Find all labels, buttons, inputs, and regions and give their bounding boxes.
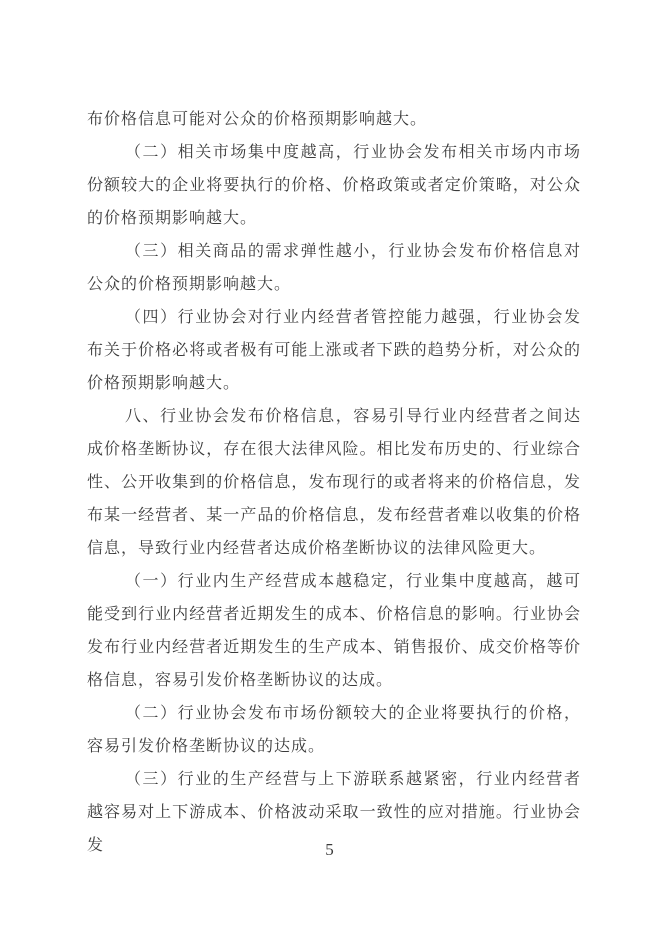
paragraph: （四）行业协会对行业内经营者管控能力越强，行业协会发布关于价格必将或者极有可能上… xyxy=(87,301,581,400)
paragraph: （二）相关市场集中度越高，行业协会发布相关市场内市场份额较大的企业将要执行的价格… xyxy=(87,136,581,235)
document-page: 布价格信息可能对公众的价格预期影响越大。（二）相关市场集中度越高，行业协会发布相… xyxy=(0,0,659,934)
paragraph: （二）行业协会发布市场份额较大的企业将要执行的价格，容易引发价格垄断协议的达成。 xyxy=(87,697,581,763)
paragraph: （一）行业内生产经营成本越稳定，行业集中度越高，越可能受到行业内经营者近期发生的… xyxy=(87,565,581,697)
document-body: 布价格信息可能对公众的价格预期影响越大。（二）相关市场集中度越高，行业协会发布相… xyxy=(87,103,581,862)
paragraph: （三）相关商品的需求弹性越小，行业协会发布价格信息对公众的价格预期影响越大。 xyxy=(87,235,581,301)
page-number: 5 xyxy=(0,840,659,860)
paragraph: 布价格信息可能对公众的价格预期影响越大。 xyxy=(87,103,581,136)
paragraph: 八、行业协会发布价格信息，容易引导行业内经营者之间达成价格垄断协议，存在很大法律… xyxy=(87,400,581,565)
